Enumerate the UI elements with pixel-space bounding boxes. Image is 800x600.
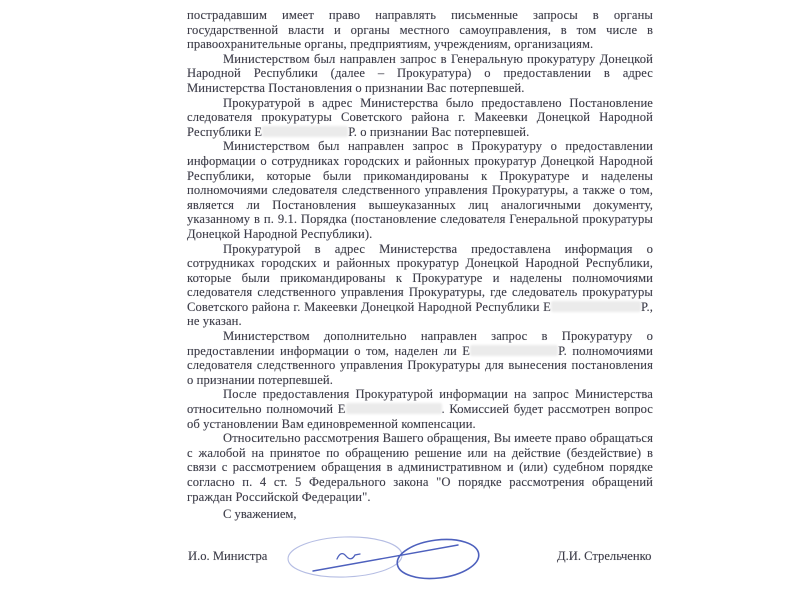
signature-initials-squiggle	[337, 554, 360, 559]
paragraph: Министерством был направлен запрос в Ген…	[187, 52, 653, 96]
paragraph: Министерством был направлен запрос в Про…	[187, 139, 653, 241]
paragraph: Прокуратурой в адрес Министерства было п…	[187, 96, 653, 140]
scanned-letter-page: пострадавшим имеет право направлять пись…	[0, 0, 800, 600]
redaction-box	[551, 301, 641, 312]
signature-left-loop	[287, 535, 402, 579]
letter-body: пострадавшим имеет право направлять пись…	[187, 8, 653, 504]
handwritten-signature-scribble	[285, 528, 485, 593]
redaction-box	[262, 126, 348, 137]
redaction-box	[346, 403, 442, 414]
closing-salutation: С уважением,	[223, 507, 297, 522]
redaction-box	[470, 345, 558, 356]
paragraph: Министерством дополнительно направлен за…	[187, 329, 653, 387]
paragraph: Прокуратурой в адрес Министерства предос…	[187, 242, 653, 330]
signature-diagonal-stroke	[313, 545, 458, 571]
signer-name: Д.И. Стрельченко	[557, 549, 651, 564]
signature-right-loop	[395, 535, 481, 583]
paragraph: Относительно рассмотрения Вашего обращен…	[187, 431, 653, 504]
paragraph: После предоставления Прокуратурой информ…	[187, 387, 653, 431]
signer-title: И.о. Министра	[188, 549, 267, 564]
paragraph: пострадавшим имеет право направлять пись…	[187, 8, 653, 52]
